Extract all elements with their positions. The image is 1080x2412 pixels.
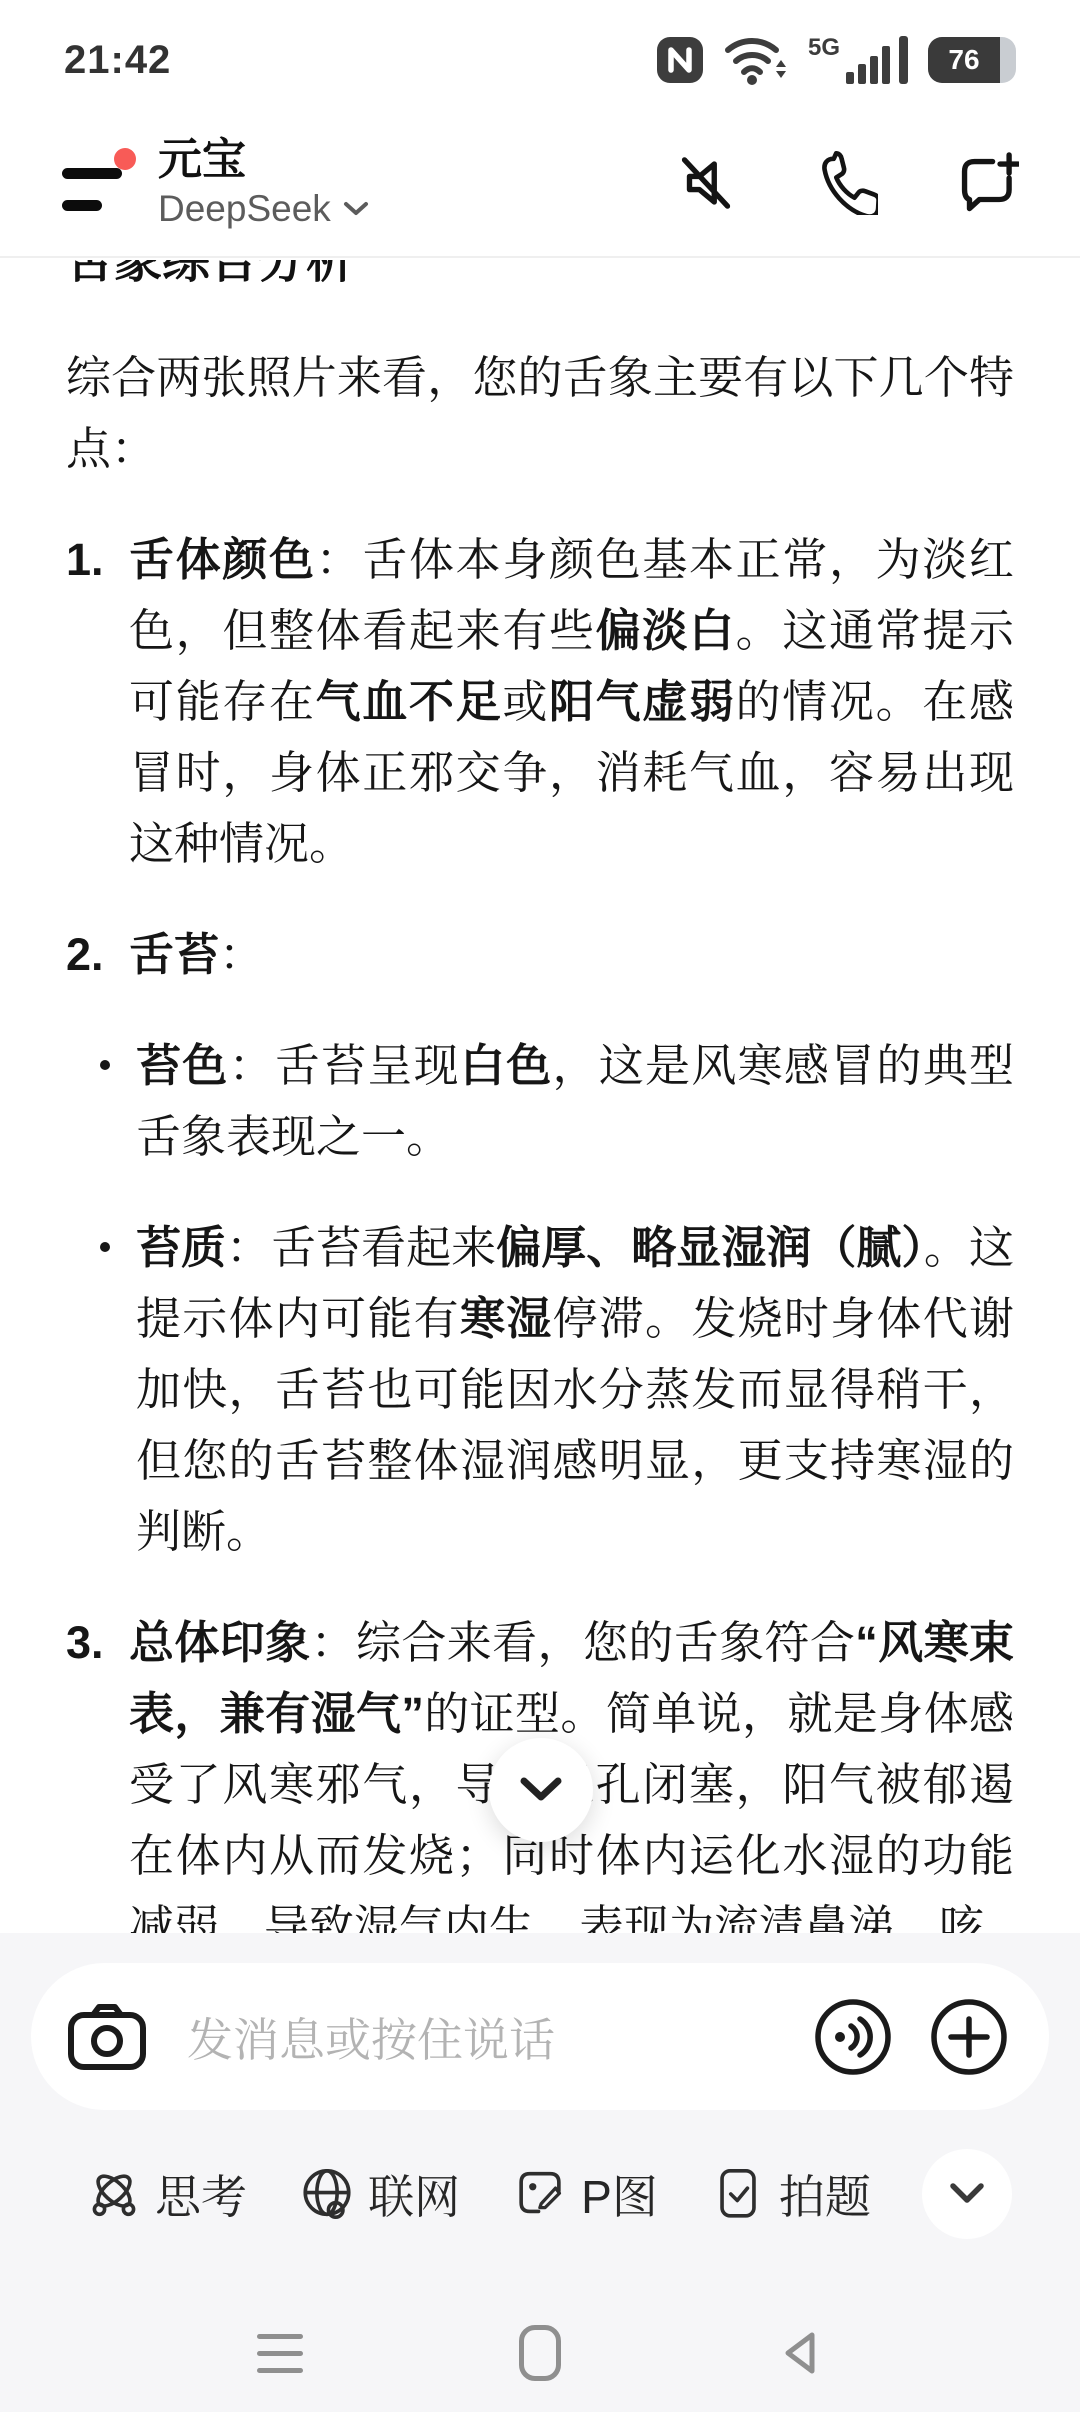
battery-icon: 76 bbox=[928, 37, 1016, 83]
recents-menu-icon bbox=[257, 2334, 303, 2373]
notification-dot bbox=[114, 148, 136, 170]
photo-edit-icon bbox=[511, 2165, 569, 2223]
tool-label: P图 bbox=[581, 2161, 658, 2227]
voice-call-button[interactable] bbox=[814, 151, 878, 215]
tool-think[interactable]: 思考 bbox=[85, 2161, 247, 2227]
collapse-toolbar-button[interactable] bbox=[922, 2149, 1012, 2239]
new-chat-icon bbox=[953, 150, 1019, 216]
list-item-text: 舌苔： bbox=[129, 919, 1014, 990]
bottom-sheet: 发消息或按住说话 bbox=[0, 1933, 1080, 2412]
list-number: 3. bbox=[66, 1607, 129, 1936]
globe-icon bbox=[298, 2165, 356, 2223]
list-number: 1. bbox=[66, 524, 129, 879]
input-placeholder: 发消息或按住说话 bbox=[187, 2004, 813, 2070]
list-item-2: 2. 舌苔： bbox=[66, 919, 1014, 990]
section-heading: 舌象综合分析 bbox=[66, 260, 1014, 294]
model-selector[interactable]: DeepSeek bbox=[158, 187, 674, 231]
header-actions bbox=[674, 151, 1018, 215]
home-icon bbox=[519, 2325, 561, 2381]
menu-button[interactable] bbox=[62, 148, 132, 218]
mute-speaker-icon bbox=[673, 150, 739, 216]
home-button[interactable] bbox=[510, 2323, 570, 2383]
doc-check-icon bbox=[709, 2165, 767, 2223]
menu-bar bbox=[62, 168, 122, 179]
input-actions bbox=[813, 1997, 1009, 2077]
status-icons: 5G 76 bbox=[656, 34, 1016, 86]
bullet-text: 苔色：舌苔呈现白色，这是风寒感冒的典型舌象表现之一。 bbox=[136, 1030, 1014, 1172]
back-button[interactable] bbox=[770, 2323, 830, 2383]
scroll-to-bottom-button[interactable] bbox=[489, 1738, 593, 1842]
tool-web-search[interactable]: 联网 bbox=[298, 2161, 460, 2227]
header-titles: 元宝 DeepSeek bbox=[158, 135, 674, 231]
chat-header: 元宝 DeepSeek bbox=[0, 110, 1080, 258]
new-chat-button[interactable] bbox=[954, 151, 1018, 215]
tool-photo-edit[interactable]: P图 bbox=[511, 2161, 658, 2227]
sub-bullet-list: 苔色：舌苔呈现白色，这是风寒感冒的典型舌象表现之一。 苔质：舌苔看起来偏厚、略显… bbox=[100, 1030, 1014, 1567]
chevron-down-icon bbox=[948, 2182, 986, 2206]
atom-icon bbox=[85, 2165, 143, 2223]
bullet-item-2: 苔质：舌苔看起来偏厚、略显湿润（腻）。这提示体内可能有寒湿停滞。发烧时身体代谢加… bbox=[100, 1212, 1014, 1567]
system-navigation-bar bbox=[0, 2308, 1080, 2398]
model-name: DeepSeek bbox=[158, 187, 331, 231]
bullet-dot bbox=[100, 1212, 136, 1567]
camera-icon[interactable] bbox=[67, 2003, 147, 2071]
chevron-down-icon bbox=[341, 199, 371, 219]
plus-circle-icon[interactable] bbox=[929, 1997, 1009, 2077]
bullet-dot bbox=[100, 1030, 136, 1172]
tool-label: 联网 bbox=[368, 2161, 460, 2227]
menu-bar bbox=[62, 200, 102, 211]
section-heading-clipped: 舌象综合分析 bbox=[66, 260, 1014, 302]
tool-label: 思考 bbox=[155, 2161, 247, 2227]
bullet-item-1: 苔色：舌苔呈现白色，这是风寒感冒的典型舌象表现之一。 bbox=[100, 1030, 1014, 1172]
list-item-1: 1. 舌体颜色：舌体本身颜色基本正常，为淡红色，但整体看起来有些偏淡白。这通常提… bbox=[66, 524, 1014, 879]
recents-button[interactable] bbox=[250, 2323, 310, 2383]
tool-label: 拍题 bbox=[779, 2161, 871, 2227]
voice-wave-icon[interactable] bbox=[813, 1997, 893, 2077]
back-triangle-icon bbox=[780, 2329, 820, 2377]
list-item-text: 舌体颜色：舌体本身颜色基本正常，为淡红色，但整体看起来有些偏淡白。这通常提示可能… bbox=[129, 524, 1014, 879]
app-title: 元宝 bbox=[158, 135, 674, 185]
quick-actions-toolbar: 思考 联网 bbox=[0, 2146, 1080, 2241]
phone-icon bbox=[814, 151, 878, 215]
assistant-message: 舌象综合分析 综合两张照片来看，您的舌象主要有以下几个特点： 1. 舌体颜色：舌… bbox=[0, 260, 1080, 1936]
chevron-down-icon bbox=[518, 1776, 564, 1804]
app-screen: 21:42 5G bbox=[0, 0, 1080, 2412]
battery-percent: 76 bbox=[948, 44, 979, 76]
tool-photo-question[interactable]: 拍题 bbox=[709, 2161, 871, 2227]
nfc-icon bbox=[656, 36, 704, 84]
status-time: 21:42 bbox=[64, 38, 171, 83]
mute-button[interactable] bbox=[674, 151, 738, 215]
wifi-icon bbox=[724, 34, 788, 86]
list-number: 2. bbox=[66, 919, 129, 990]
network-type-label: 5G bbox=[808, 34, 840, 62]
signal-bars-icon: 5G bbox=[808, 34, 908, 86]
intro-paragraph: 综合两张照片来看，您的舌象主要有以下几个特点： bbox=[66, 342, 1014, 484]
status-bar: 21:42 5G bbox=[0, 0, 1080, 110]
message-input[interactable]: 发消息或按住说话 bbox=[31, 1963, 1049, 2110]
bullet-text: 苔质：舌苔看起来偏厚、略显湿润（腻）。这提示体内可能有寒湿停滞。发烧时身体代谢加… bbox=[136, 1212, 1014, 1567]
